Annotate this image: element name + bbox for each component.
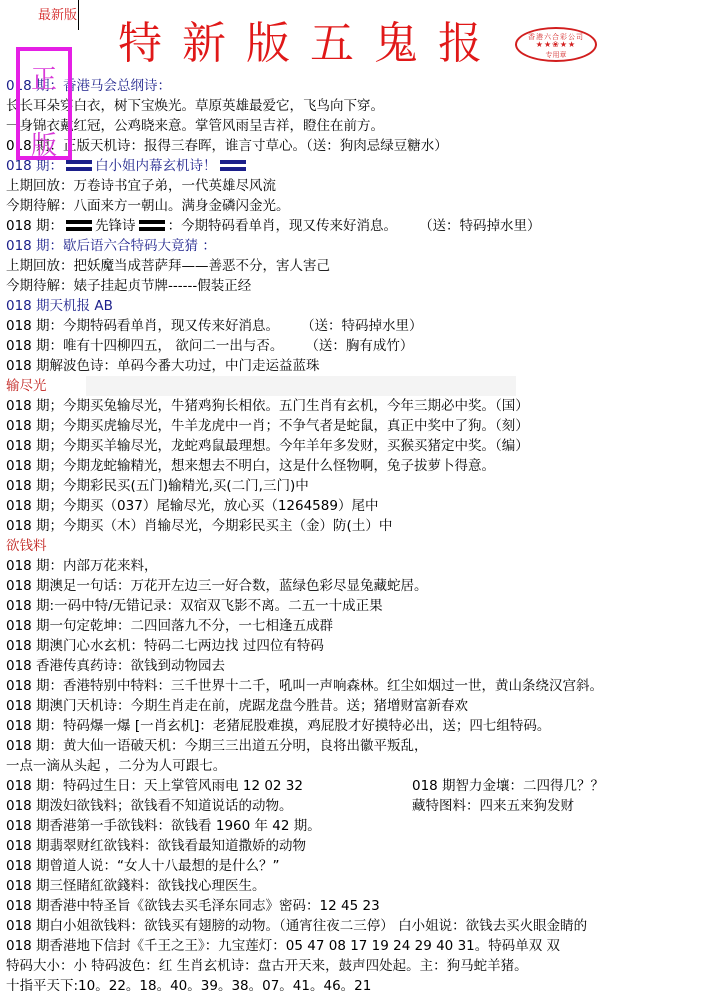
- line-10: 今期待解：婊子挂起贞节牌------假装正经: [6, 276, 704, 296]
- line-7-middle: 先锋诗: [95, 218, 136, 234]
- line-27: 018 期一句定乾坤：二四回落九不分，一七相逢五成群: [6, 616, 704, 636]
- gray-strip: [86, 376, 516, 396]
- line-7-prefix: 018 期：: [6, 218, 63, 234]
- line-44: 特码大小：小 特码波色：红 生肖玄机诗：盘古开天来，鼓声四处起。主：狗马蛇羊猪。: [6, 956, 704, 976]
- line-16: 018 期；今期买兔输尽光，牛猪鸡狗长相依。五门生肖有玄机，今年三期必中奖。（国…: [6, 396, 704, 416]
- genuine-char-top: 正: [20, 59, 68, 96]
- line-4-text: 白小姐内幕玄机诗！: [95, 158, 217, 174]
- double-bar-icon: [139, 220, 165, 231]
- line-0: 018 期：香港马会总纲诗：: [6, 76, 704, 96]
- line-11: 018 期天机报 AB: [6, 296, 704, 316]
- line-34: 一点一滴从头起 ，二分为人可跟七。: [6, 756, 704, 776]
- double-bar-icon: [220, 160, 246, 171]
- line-37: 018 期香港第一手欲钱料：欲钱看 1960 年 42 期。: [6, 816, 704, 836]
- line-32: 018 期：特码爆一爆 [一肖玄机]：老猪屁股难摸，鸡屁股才好摸特必出，送；四七…: [6, 716, 704, 736]
- line-20: 018 期；今期彩民买(五门)输精光,买(二门,三门)中: [6, 476, 704, 496]
- page-title: 特新版五鬼报: [118, 22, 502, 66]
- line-35-right: 018 期智力金壤：二四得几？？: [412, 776, 604, 796]
- line-36-text: 018 期泼妇欲钱料；欲钱看不知道说话的动物。: [6, 798, 293, 814]
- line-35-text: 018 期：特码过生日：天上掌管风雨电 12 02 32: [6, 778, 303, 794]
- line-36: 018 期泼妇欲钱料；欲钱看不知道说话的动物。 藏特图料：四来五来狗发财: [6, 796, 704, 816]
- stamp-bottom-text: 专用章: [517, 50, 595, 60]
- line-40: 018 期三怪睹紅欲錢料：欲钱找心理医生。: [6, 876, 704, 896]
- line-2: 一身锦衣戴红冠，公鸡晓来意。掌管风雨呈吉祥，瞪住在前方。: [6, 116, 704, 136]
- line-13-suffix: （送：胸有成竹）: [305, 338, 413, 354]
- line-26: 018 期:一码中特/无错记录：双宿双飞影不离。二五一十成正果: [6, 596, 704, 616]
- line-31: 018 期澳门天机诗：今期生肖走在前，虎踞龙盘今胜昔。送；猪增财富新春欢: [6, 696, 704, 716]
- double-bar-icon: [66, 160, 92, 171]
- line-29: 018 香港传真药诗：欲钱到动物园去: [6, 656, 704, 676]
- line-3: 018 期：正版天机诗：报得三春晖，谁言寸草心。（送：狗肉忌绿豆糖水）: [6, 136, 704, 156]
- line-17: 018 期；今期买虎输尽光，牛羊龙虎中一肖；不争气者是蛇鼠，真正中奖中了狗。（刻…: [6, 416, 704, 436]
- line-45: 十指平天下:10。22。18。40。39。38。07。41。46。21: [6, 976, 704, 991]
- line-33: 018 期：黄大仙一语破天机：今期三三出道五分明，良将出徽平叛乱，: [6, 736, 704, 756]
- line-6: 今期待解：八面来方一朝山。满身金磷闪金光。: [6, 196, 704, 216]
- line-35: 018 期：特码过生日：天上掌管风雨电 12 02 32 018 期智力金壤：二…: [6, 776, 704, 796]
- line-13-text: 018 期：唯有十四柳四五， 欲问二一出与否。: [6, 338, 283, 354]
- line-19: 018 期；今期龙蛇输精光，想来想去不明白，这是什么怪物啊，兔子拔萝卜得意。: [6, 456, 704, 476]
- double-bar-icon: [66, 220, 92, 231]
- line-7-text: ：今期特码看单肖，现又传来好消息。: [168, 218, 398, 234]
- line-7-suffix: （送：特码掉水里）: [419, 218, 541, 234]
- line-18: 018 期；今期买羊输尽光，龙蛇鸡鼠最理想。今年羊年多发财，买猴买猪定中奖。（编…: [6, 436, 704, 456]
- latest-edition-badge: 最新版: [38, 4, 77, 23]
- line-8: 018 期：歇后语六合特码大竟猜 ：: [6, 236, 704, 256]
- line-38: 018 期翡翠财红欲钱料：欲钱看最知道撒娇的动物: [6, 836, 704, 856]
- line-12-text: 018 期：今期特码看单肖，现又传来好消息。: [6, 318, 279, 334]
- line-12: 018 期：今期特码看单肖，现又传来好消息。（送：特码掉水里）: [6, 316, 704, 336]
- line-42: 018 期白小姐欲钱料：欲钱买有翅膀的动物。（通宵往夜二三停） 白小姐说：欲钱去…: [6, 916, 704, 936]
- line-36-right: 藏特图料：四来五来狗发财: [412, 796, 574, 816]
- stamp-stars: ★★❀★★: [517, 40, 595, 49]
- line-22: 018 期；今期买（木）肖输尽光，今期彩民买主（金）防(土）中: [6, 516, 704, 536]
- genuine-edition-box: 正 版: [16, 47, 72, 160]
- line-1: 长长耳朵穿白衣，树下宝焕光。草原英雄最爱它，飞鸟向下穿。: [6, 96, 704, 116]
- section-header-want-money: 欲钱料: [6, 536, 704, 556]
- line-5: 上期回放：万卷诗书宜子弟，一代英雄尽风流: [6, 176, 704, 196]
- section-header-lose: 输尽光: [6, 376, 704, 396]
- line-43: 018 期香港地下信封《千王之王》：九宝莲灯：05 47 08 17 19 24…: [6, 936, 704, 956]
- content-lines: 018 期：香港马会总纲诗： 长长耳朵穿白衣，树下宝焕光。草原英雄最爱它，飞鸟向…: [6, 76, 704, 991]
- line-12-suffix: （送：特码掉水里）: [301, 318, 423, 334]
- line-9: 上期回放：把妖魔当成菩萨拜——善恶不分，害人害己: [6, 256, 704, 276]
- line-4: 018 期：白小姐内幕玄机诗！: [6, 156, 704, 176]
- line-25: 018 期澳足一句话：万花开左边三一好合数，蓝绿色彩尽显兔藏蛇居。: [6, 576, 704, 596]
- seal-stamp-icon: 香港六合彩公司 ★★❀★★ 专用章: [515, 27, 597, 62]
- line-21: 018 期；今期买（037）尾输尽光，放心买（1264589）尾中: [6, 496, 704, 516]
- line-15-text: 输尽光: [6, 378, 47, 394]
- line-28: 018 期澳门心水玄机：特码二七两边找 过四位有特码: [6, 636, 704, 656]
- line-14: 018 期解波色诗：单码今番大功过，中门走运益蓝珠: [6, 356, 704, 376]
- line-7: 018 期：先锋诗：今期特码看单肖，现又传来好消息。（送：特码掉水里）: [6, 216, 704, 236]
- genuine-char-bottom: 版: [20, 125, 68, 162]
- line-30: 018 期：香港特别中特料：三千世界十二千，吼叫一声响森林。红尘如烟过一世，黄山…: [6, 676, 704, 696]
- line-24: 018 期：内部万花来料，: [6, 556, 704, 576]
- line-13: 018 期：唯有十四柳四五， 欲问二一出与否。（送：胸有成竹）: [6, 336, 704, 356]
- line-41: 018 期香港中特圣旨《欲钱去买毛泽东同志》密码：12 45 23: [6, 896, 704, 916]
- line-39: 018 期曾道人说：“女人十八最想的是什么？”: [6, 856, 704, 876]
